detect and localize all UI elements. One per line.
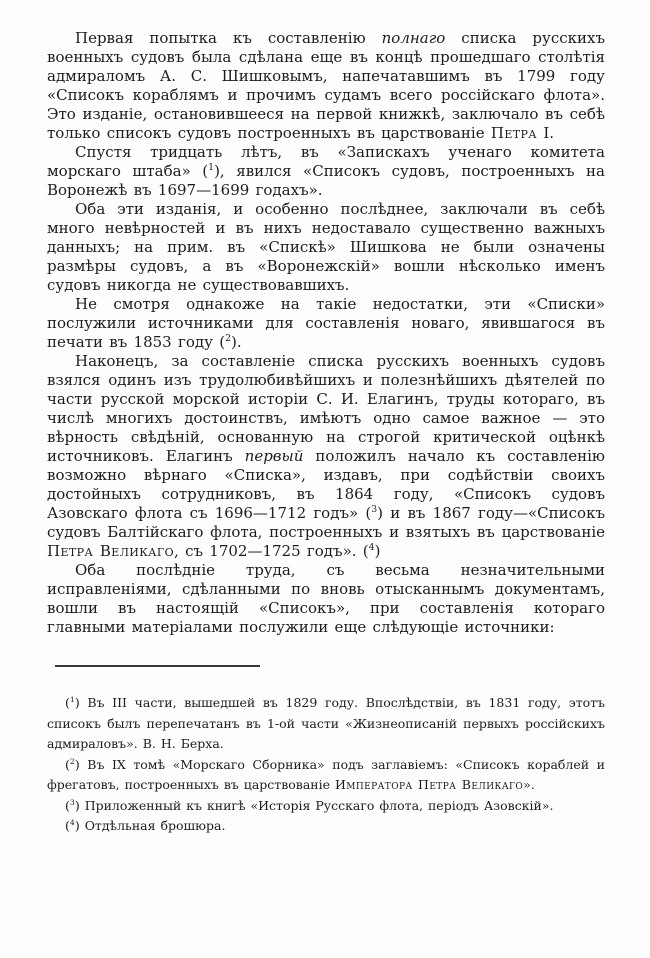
paragraph: Наконецъ, за составленіе списка русскихъ…	[47, 352, 605, 561]
text-run: ».	[523, 777, 535, 792]
smallcaps-text: Императора Петра Великаго	[335, 777, 523, 792]
paragraph: Оба эти изданія, и особенно послѣднее, з…	[47, 200, 605, 295]
paragraph: Первая попытка къ составленію полнаго сп…	[47, 29, 605, 143]
main-text: Первая попытка къ составленію полнаго сп…	[47, 29, 605, 637]
smallcaps-text: Петра	[491, 124, 537, 142]
text-run: I.	[537, 124, 554, 142]
text-run: )	[75, 818, 85, 833]
italic-text: полнаго	[382, 29, 446, 47]
smallcaps-text: Петра Великаго	[47, 542, 174, 560]
text-run: Отдѣльная брошюра.	[85, 818, 226, 833]
footnote-item: (3) Приложенный къ книгѣ «Исторія Русска…	[47, 796, 605, 817]
paragraph: Спустя тридцать лѣтъ, въ «Запискахъ учен…	[47, 143, 605, 200]
text-run: )	[75, 757, 87, 772]
footnote-list: (1) Въ III части, вышедшей въ 1829 году.…	[47, 693, 605, 837]
text-run: )	[375, 542, 381, 560]
text-run: ).	[231, 333, 242, 351]
text-run: )	[75, 695, 88, 710]
text-run: , съ 1702—1725 годъ». (	[174, 542, 369, 560]
footnote-item: (1) Въ III части, вышедшей въ 1829 году.…	[47, 693, 605, 755]
text-run: Въ III части, вышедшей въ 1829 году. Впо…	[47, 695, 605, 751]
paragraph: Не смотря однакоже на такіе недостатки, …	[47, 295, 605, 352]
paragraph: Оба послѣдніе труда, съ весьма незначите…	[47, 561, 605, 637]
footnote-item: (2) Въ IX томѣ «Морскаго Сборника» подъ …	[47, 755, 605, 796]
footnote-item: (4) Отдѣльная брошюра.	[47, 816, 605, 837]
text-run: Первая попытка къ составленію	[75, 29, 382, 47]
text-run: )	[75, 798, 85, 813]
text-run: Приложенный къ книгѣ «Исторія Русскаго ф…	[85, 798, 554, 813]
italic-text: первый	[245, 447, 304, 465]
text-run: Оба послѣдніе труда, съ весьма незначите…	[47, 561, 605, 636]
footnote-separator	[55, 665, 260, 667]
text-run: Оба эти изданія, и особенно послѣднее, з…	[47, 200, 605, 294]
text-run: Не смотря однакоже на такіе недостатки, …	[47, 295, 605, 351]
book-page: Первая попытка къ составленію полнаго сп…	[0, 0, 650, 958]
